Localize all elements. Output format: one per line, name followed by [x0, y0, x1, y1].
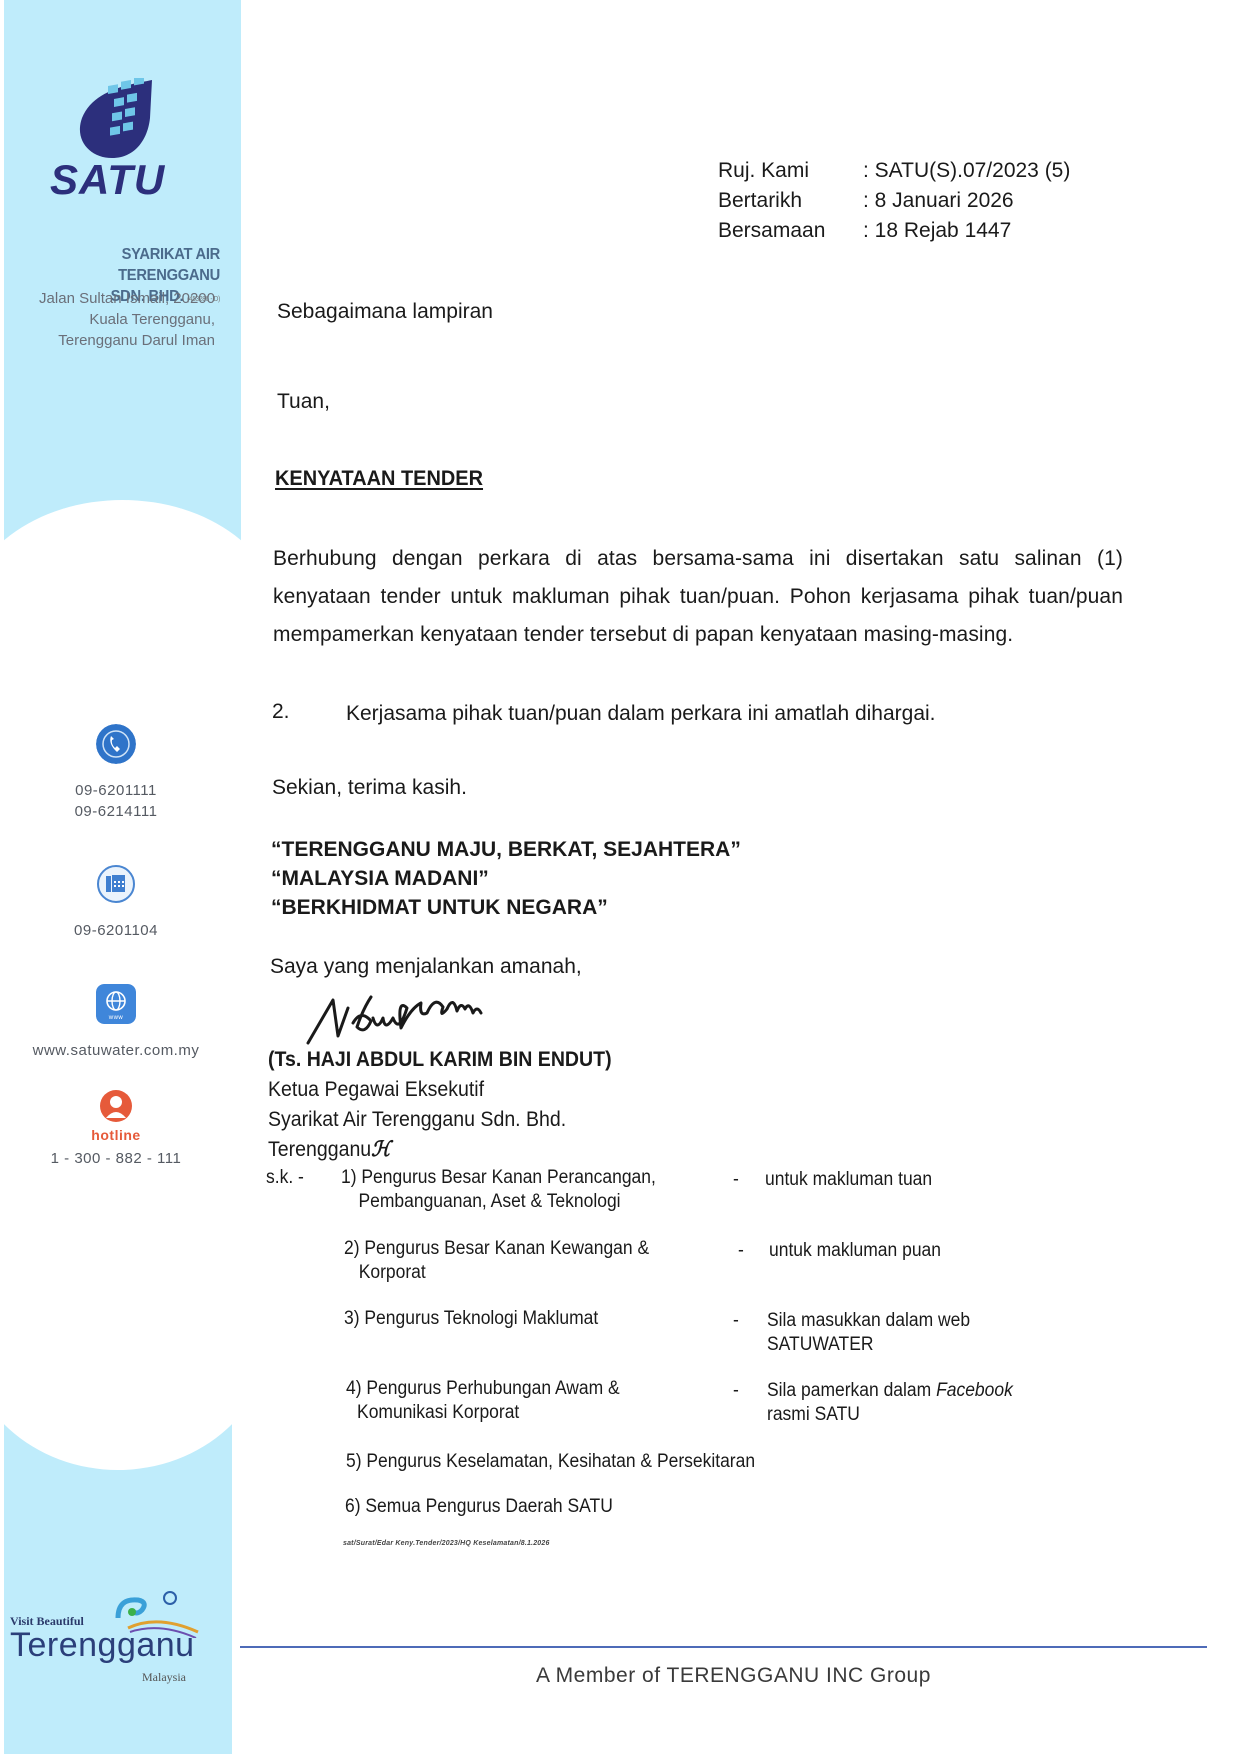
- signer-title: Ketua Pegawai Eksekutif: [268, 1075, 612, 1105]
- cc-note-text: untuk makluman tuan: [765, 1168, 932, 1192]
- cc-item: 1) Pengurus Besar Kanan Perancangan, Pem…: [341, 1166, 656, 1214]
- cc-note: untuk makluman tuan: [765, 1168, 932, 1192]
- website-contact: www www.satuwater.com.my: [0, 984, 232, 1061]
- initials-mark: ℋ: [371, 1138, 390, 1161]
- sidebar-band-bottom: [4, 1400, 232, 1754]
- address-line: Terengganu Darul Iman: [10, 330, 215, 351]
- cc-note: Sila masukkan dalam web SATUWATER: [767, 1309, 970, 1357]
- cc-label: s.k. -: [266, 1166, 304, 1190]
- signer-state: Terengganu: [268, 1138, 371, 1161]
- ref-label: Ruj. Kami: [718, 156, 863, 186]
- hotline-icon: [96, 1088, 136, 1128]
- cc-item: 6) Semua Pengurus Daerah SATU: [345, 1495, 613, 1519]
- globe-icon: www: [96, 984, 136, 1024]
- satu-logo-icon: [74, 78, 156, 160]
- cc-recipient: 4) Pengurus Perhubungan Awam &: [346, 1377, 620, 1401]
- phone-icon: [96, 724, 136, 764]
- cc-dash: -: [733, 1168, 739, 1192]
- closing: Sekian, terima kasih.: [272, 776, 467, 800]
- company-address: Jalan Sultan Ismail, 20200 Kuala Terengg…: [10, 288, 215, 351]
- paragraph-2-number: 2.: [272, 700, 290, 724]
- cc-note-text: Sila pamerkan dalam Facebook: [767, 1379, 1013, 1403]
- cc-item: 2) Pengurus Besar Kanan Kewangan & Korpo…: [344, 1237, 649, 1285]
- address-line: Jalan Sultan Ismail, 20200: [10, 288, 215, 309]
- signature: [303, 988, 593, 1048]
- subject-heading: KENYATAAN TENDER: [275, 467, 483, 491]
- signer-block: (Ts. HAJI ABDUL KARIM BIN ENDUT) Ketua P…: [268, 1045, 612, 1165]
- cc-note-text: untuk makluman puan: [769, 1239, 941, 1263]
- motto-line: “TERENGGANU MAJU, BERKAT, SEJAHTERA”: [271, 835, 741, 864]
- cc-note-text: SATUWATER: [767, 1333, 970, 1357]
- salutation: Tuan,: [277, 390, 330, 414]
- footer-text: A Member of TERENGGANU INC Group: [536, 1664, 931, 1688]
- signer-organisation: Syarikat Air Terengganu Sdn. Bhd.: [268, 1105, 612, 1135]
- ref-row: Bersamaan: 18 Rejab 1447: [718, 216, 1070, 246]
- recipient: Sebagaimana lampiran: [277, 300, 493, 324]
- motto-line: “MALAYSIA MADANI”: [271, 864, 741, 893]
- hotline-contact: hotline 1 - 300 - 882 - 111: [0, 1088, 232, 1169]
- cc-recipient: 1) Pengurus Besar Kanan Perancangan,: [341, 1166, 656, 1190]
- cc-item: 3) Pengurus Teknologi Maklumat: [344, 1307, 598, 1331]
- cc-recipient-cont: Komunikasi Korporat: [346, 1401, 620, 1425]
- cc-recipient: 3) Pengurus Teknologi Maklumat: [344, 1307, 598, 1331]
- company-name-line1: SYARIKAT AIR TERENGGANU: [34, 244, 220, 286]
- file-reference: sat/Surat/Edar Keny.Tender/2023/HQ Kesel…: [343, 1540, 550, 1547]
- phone-contact: 09-6201111 09-6214111: [0, 724, 232, 822]
- cc-note-text: Sila masukkan dalam web: [767, 1309, 970, 1333]
- fax-contact: 09-6201104: [0, 864, 232, 941]
- cc-item: 4) Pengurus Perhubungan Awam & Komunikas…: [346, 1377, 620, 1425]
- fax-icon: [96, 864, 136, 904]
- address-line: Kuala Terengganu,: [10, 309, 215, 330]
- cc-dash: -: [738, 1239, 744, 1263]
- paragraph-2: Kerjasama pihak tuan/puan dalam perkara …: [346, 702, 936, 726]
- signer-name: (Ts. HAJI ABDUL KARIM BIN ENDUT): [268, 1045, 612, 1075]
- motto-line: “BERKHIDMAT UNTUK NEGARA”: [271, 893, 741, 922]
- phone-number[interactable]: 09-6201111: [0, 780, 232, 801]
- cc-recipient: 2) Pengurus Besar Kanan Kewangan &: [344, 1237, 649, 1261]
- hotline-number[interactable]: 1 - 300 - 882 - 111: [0, 1148, 232, 1169]
- cc-note: Sila pamerkan dalam Facebook rasmi SATU: [767, 1379, 1013, 1427]
- fax-number[interactable]: 09-6201104: [0, 920, 232, 941]
- ref-value: : 18 Rejab 1447: [863, 216, 1011, 246]
- cc-dash: -: [733, 1379, 739, 1403]
- ref-row: Ruj. Kami: SATU(S).07/2023 (5): [718, 156, 1070, 186]
- mottos: “TERENGGANU MAJU, BERKAT, SEJAHTERA” “MA…: [271, 835, 741, 922]
- tourism-line2: Terengganu: [10, 1626, 195, 1665]
- cc-note-text: rasmi SATU: [767, 1403, 1013, 1427]
- cc-item: 5) Pengurus Keselamatan, Kesihatan & Per…: [346, 1450, 755, 1474]
- cc-recipient-cont: Pembanguanan, Aset & Teknologi: [341, 1190, 656, 1214]
- ref-label: Bersamaan: [718, 216, 863, 246]
- cc-note: untuk makluman puan: [769, 1239, 941, 1263]
- svg-text:www: www: [108, 1015, 124, 1021]
- ref-value: : 8 Januari 2026: [863, 186, 1014, 216]
- ref-row: Bertarikh: 8 Januari 2026: [718, 186, 1070, 216]
- ref-label: Bertarikh: [718, 186, 863, 216]
- trust-line: Saya yang menjalankan amanah,: [270, 955, 582, 979]
- footer-divider: [240, 1646, 1207, 1648]
- website-link[interactable]: www.satuwater.com.my: [0, 1040, 232, 1061]
- logo-wordmark: SATU: [50, 156, 190, 204]
- signer-state-line: Terengganuℋ: [268, 1135, 612, 1165]
- cc-recipient-cont: Korporat: [344, 1261, 649, 1285]
- phone-number[interactable]: 09-6214111: [0, 801, 232, 822]
- tourism-line3: Malaysia: [142, 1670, 186, 1685]
- paragraph-1: Berhubung dengan perkara di atas bersama…: [273, 540, 1123, 654]
- hotline-label: hotline: [0, 1128, 232, 1142]
- reference-block: Ruj. Kami: SATU(S).07/2023 (5) Bertarikh…: [718, 156, 1070, 246]
- cc-dash: -: [733, 1309, 739, 1333]
- ref-value: : SATU(S).07/2023 (5): [863, 156, 1070, 186]
- letterhead-sidebar: SATU SYARIKAT AIR TERENGGANU SDN. BHD. (…: [0, 0, 245, 1754]
